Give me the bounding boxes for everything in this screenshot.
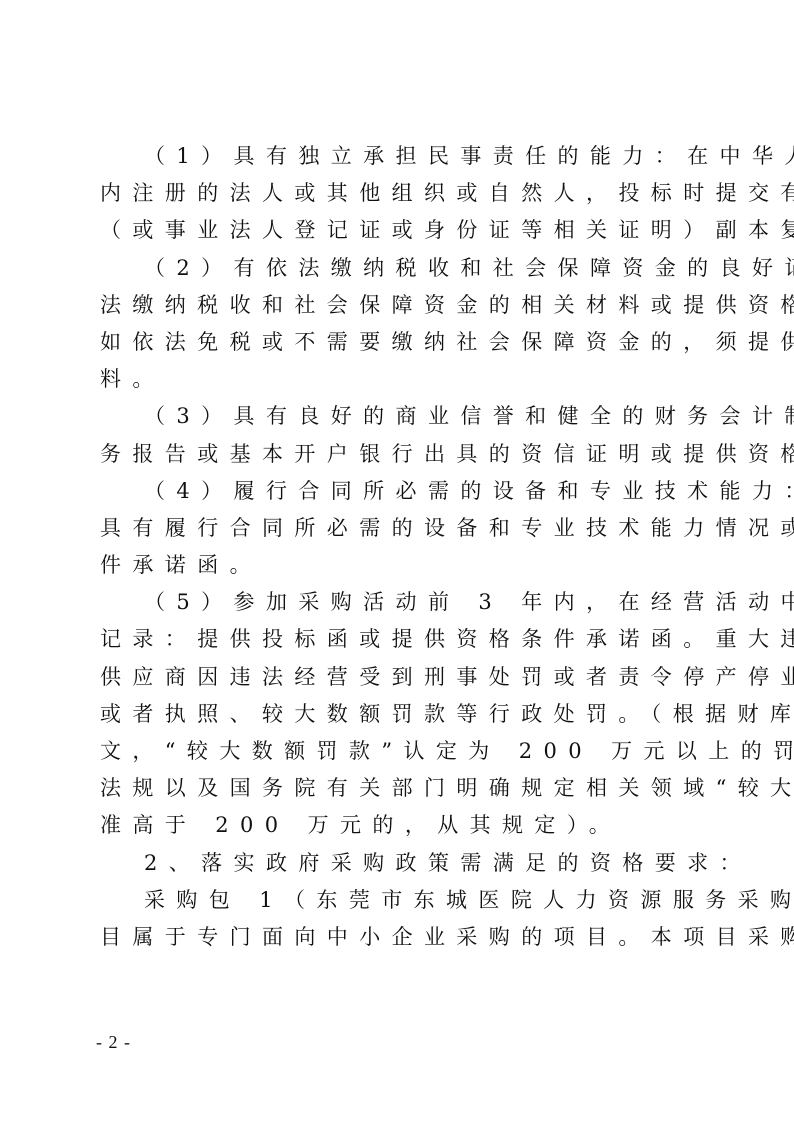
section-heading-policy-requirements: 2、落实政府采购政策需满足的资格要求： bbox=[100, 845, 700, 882]
document-body: （1）具有独立承担民事责任的能力：在中华人民共和国境 内注册的法人或其他组织或自… bbox=[100, 138, 700, 956]
text-line: 准高于 200 万元的，从其规定）。 bbox=[100, 807, 700, 844]
text-line: 文，“较大数额罚款”认定为 200 万元以上的罚款，法律、行政 bbox=[100, 733, 700, 770]
text-line: 件承诺函。 bbox=[100, 547, 700, 584]
text-line: 法规以及国务院有关部门明确规定相关领域“较大数额罚款”标 bbox=[100, 770, 700, 807]
text-line: 或者执照、较大数额罚款等行政处罚。（根据财库〔2022〕3 号 bbox=[100, 696, 700, 733]
text-line: （或事业法人登记证或身份证等相关证明）副本复印件。 bbox=[100, 212, 700, 249]
paragraph-qualification-2: （2）有依法缴纳税收和社会保障资金的良好记录：提供依 法缴纳税收和社会保障资金的… bbox=[100, 250, 700, 399]
text-line: 料。 bbox=[100, 361, 700, 398]
text-line: （5）参加采购活动前 3 年内，在经营活动中没有重大违法 bbox=[100, 584, 700, 621]
paragraph-procurement-package-1: 采购包 1（东莞市东城医院人力资源服务采购项目）：本项 目属于专门面向中小企业采… bbox=[100, 882, 700, 956]
page-number: - 2 - bbox=[96, 1032, 131, 1053]
text-line: 具有履行合同所必需的设备和专业技术能力情况或提供资格条 bbox=[100, 510, 700, 547]
text-line: 供应商因违法经营受到刑事处罚或者责令停产停业、吊销许可证 bbox=[100, 659, 700, 696]
text-line: 采购包 1（东莞市东城医院人力资源服务采购项目）：本项 bbox=[100, 882, 700, 919]
text-line: 如依法免税或不需要缴纳社会保障资金的，须提供相应证明材 bbox=[100, 324, 700, 361]
text-line: 2、落实政府采购政策需满足的资格要求： bbox=[100, 845, 700, 882]
text-line: （1）具有独立承担民事责任的能力：在中华人民共和国境 bbox=[100, 138, 700, 175]
paragraph-qualification-1: （1）具有独立承担民事责任的能力：在中华人民共和国境 内注册的法人或其他组织或自… bbox=[100, 138, 700, 250]
text-line: （4）履行合同所必需的设备和专业技术能力：提供供应商 bbox=[100, 473, 700, 510]
text-line: （2）有依法缴纳税收和社会保障资金的良好记录：提供依 bbox=[100, 250, 700, 287]
text-line: 务报告或基本开户银行出具的资信证明或提供资格条件承诺函。 bbox=[100, 436, 700, 473]
text-line: 目属于专门面向中小企业采购的项目。本项目采购标的对应的中 bbox=[100, 919, 700, 956]
text-line: 记录：提供投标函或提供资格条件承诺函。重大违法记录，是指 bbox=[100, 621, 700, 658]
text-line: （3）具有良好的商业信誉和健全的财务会计制度：提供财 bbox=[100, 398, 700, 435]
text-line: 内注册的法人或其他组织或自然人，投标时提交有效的营业执照 bbox=[100, 175, 700, 212]
text-line: 法缴纳税收和社会保障资金的相关材料或提供资格条件承诺函。 bbox=[100, 287, 700, 324]
document-page: （1）具有独立承担民事责任的能力：在中华人民共和国境 内注册的法人或其他组织或自… bbox=[0, 0, 794, 1123]
paragraph-qualification-3: （3）具有良好的商业信誉和健全的财务会计制度：提供财 务报告或基本开户银行出具的… bbox=[100, 398, 700, 472]
paragraph-qualification-4: （4）履行合同所必需的设备和专业技术能力：提供供应商 具有履行合同所必需的设备和… bbox=[100, 473, 700, 585]
paragraph-qualification-5: （5）参加采购活动前 3 年内，在经营活动中没有重大违法 记录：提供投标函或提供… bbox=[100, 584, 700, 844]
